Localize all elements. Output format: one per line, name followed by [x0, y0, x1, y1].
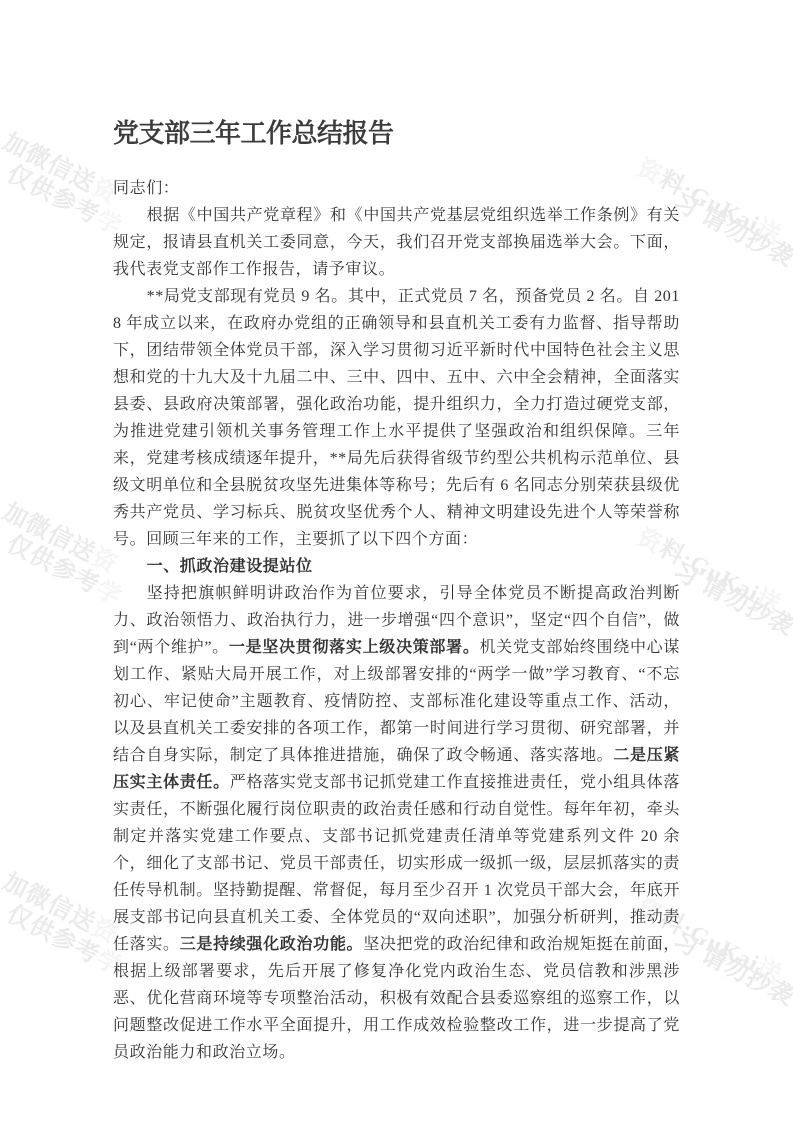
- document-page: 加微信送资 仅供参考学 加微信送资 仅供参考学 加微信送资 仅供参考学 资料:G…: [0, 0, 793, 1122]
- section-heading-1: 一、抓政治建设提站位: [113, 553, 680, 580]
- text-run: **局党支部现有党员 9 名。其中，正式党员 7 名，预备党员 2 名。自 20…: [113, 288, 680, 548]
- bold-text-run: 一是坚决贯彻落实上级决策部署。: [229, 639, 480, 656]
- overview-paragraph: **局党支部现有党员 9 名。其中，正式党员 7 名，预备党员 2 名。自 20…: [113, 283, 680, 553]
- text-run: 严格落实党支部书记抓党建工作直接推进责任，党小组具体落实责任，不断强化履行岗位职…: [113, 774, 680, 953]
- text-run: 根据《中国共产党章程》和《中国共产党基层党组织选举工作条例》有关规定，报请县直机…: [113, 207, 680, 278]
- text-run: 机关党支部始终围绕中心谋划工作、紧贴大局开展工作，对上级部署安排的“两学一做”学…: [113, 639, 680, 764]
- bold-text-run: 三是持续强化政治功能。: [180, 936, 363, 953]
- watermark-left-line2: 仅供参考学: [2, 894, 129, 982]
- text-run: 坚决把党的政治纪律和政治规矩挺在前面，根据上级部署要求，先后开展了修复净化党内政…: [113, 936, 680, 1061]
- watermark-left-line1: 加微信送资: [0, 122, 125, 210]
- intro-paragraph: 根据《中国共产党章程》和《中国共产党基层党组织选举工作条例》有关规定，报请县直机…: [113, 202, 680, 283]
- watermark-left-line1: 加微信送资: [0, 492, 125, 580]
- document-paragraphs: 同志们：根据《中国共产党章程》和《中国共产党基层党组织选举工作条例》有关规定，报…: [113, 175, 680, 1066]
- document-content: 党支部三年工作总结报告 同志们：根据《中国共产党章程》和《中国共产党基层党组织选…: [113, 116, 680, 1066]
- salutation: 同志们：: [113, 175, 680, 202]
- watermark-left-line2: 仅供参考学: [2, 524, 129, 612]
- section-1-body: 坚持把旗帜鲜明讲政治作为首位要求，引导全体党员不断提高政治判断力、政治领悟力、政…: [113, 580, 680, 1066]
- text-run: 同志们：: [113, 180, 179, 197]
- watermark-right-line2: 习 请勿抄袭: [668, 182, 793, 273]
- watermark-right-line2: 习 请勿抄袭: [668, 921, 793, 1012]
- watermark-right-line2: 习 请勿抄袭: [668, 551, 793, 642]
- bold-text-run: 一、抓政治建设提站位: [147, 558, 313, 575]
- watermark-left-line2: 仅供参考学: [2, 154, 129, 242]
- document-title: 党支部三年工作总结报告: [113, 116, 680, 150]
- watermark-left-line1: 加微信送资: [0, 862, 125, 950]
